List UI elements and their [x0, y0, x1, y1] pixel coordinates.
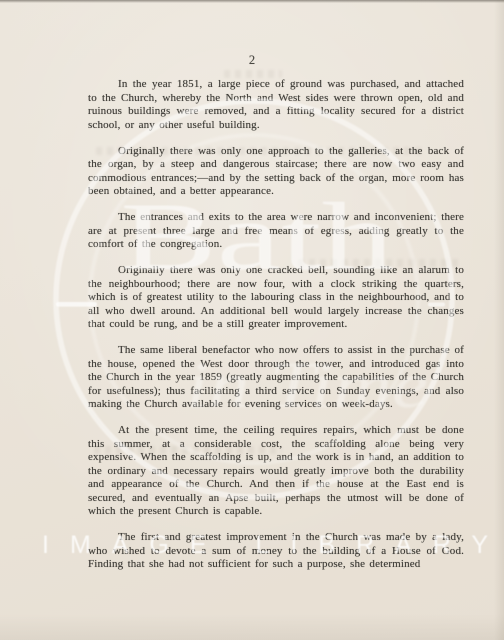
paragraph-2: Originally there was only one approach t… — [88, 145, 464, 199]
scanned-page: 2 In the year 1851, a large piece of gro… — [0, 0, 504, 640]
paragraph-5: The same liberal benefactor who now offe… — [88, 344, 464, 412]
page-top-edge — [0, 0, 504, 3]
page-text-block: In the year 1851, a large piece of groun… — [88, 78, 464, 584]
paragraph-6: At the present time, the ceiling require… — [88, 424, 464, 519]
paragraph-3: The entrances and exits to the area were… — [88, 211, 464, 252]
showthrough-strip — [224, 70, 282, 78]
page-bottom-shade — [0, 614, 504, 640]
paragraph-4: Originally there was only one cracked be… — [88, 264, 464, 332]
page-number: 2 — [0, 53, 504, 68]
paragraph-1: In the year 1851, a large piece of groun… — [88, 78, 464, 132]
page-right-shade — [494, 0, 504, 640]
paragraph-7: The first and greatest improvement in th… — [88, 531, 464, 572]
